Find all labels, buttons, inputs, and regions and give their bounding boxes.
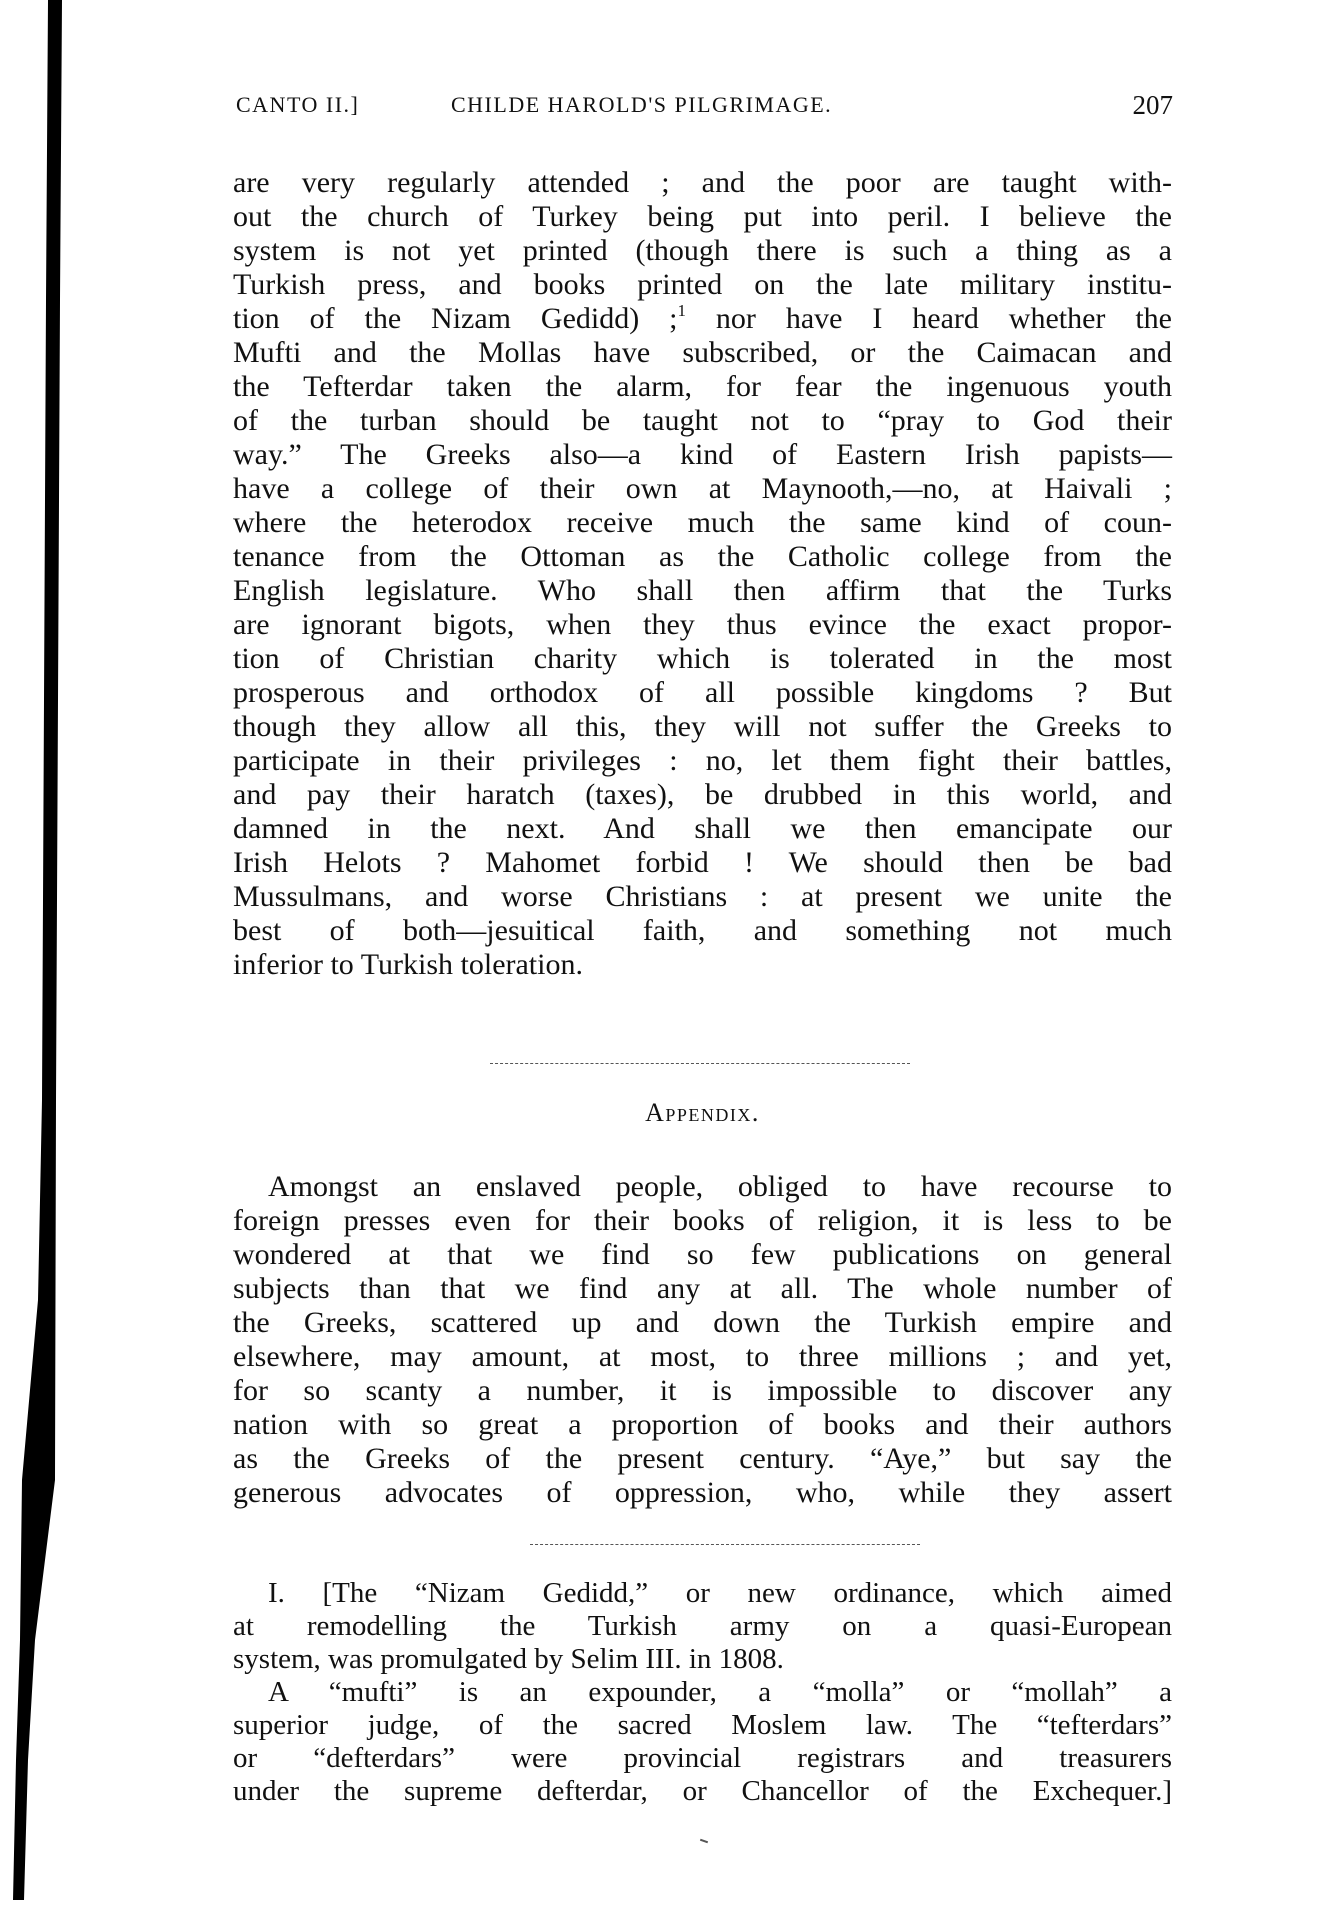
text-line: the Tefterdar taken the alarm, for fear …	[233, 370, 1172, 404]
text-line: Mufti and the Mollas have subscribed, or…	[233, 336, 1172, 370]
text-line: tion of Christian charity which is toler…	[233, 642, 1172, 676]
footnotes: I. [The “Nizam Gedidd,” or new ordinance…	[233, 1577, 1172, 1808]
text-fragment: tion of the Nizam Gedidd) ;	[233, 302, 678, 335]
text-line: tenance from the Ottoman as the Catholic…	[233, 540, 1172, 574]
text-line: the Greeks, scattered up and down the Tu…	[233, 1306, 1172, 1340]
page-binding-shadow	[0, 0, 80, 1917]
page-number: 207	[1133, 90, 1174, 121]
text-line: subjects than that we find any at all. T…	[233, 1272, 1172, 1306]
appendix-text: Amongst an enslaved people, obliged to h…	[233, 1170, 1172, 1510]
text-line: of the turban should be taught not to “p…	[233, 404, 1172, 438]
text-line: are ignorant bigots, when they thus evin…	[233, 608, 1172, 642]
appendix-heading: Appendix.	[233, 1098, 1172, 1128]
text-line: inferior to Turkish toleration.	[233, 948, 1172, 982]
text-line: nation with so great a proportion of boo…	[233, 1408, 1172, 1442]
footnote-line: I. [The “Nizam Gedidd,” or new ordinance…	[233, 1577, 1172, 1610]
text-line: are very regularly attended ; and the po…	[233, 166, 1172, 200]
text-line: elsewhere, may amount, at most, to three…	[233, 1340, 1172, 1374]
footnote-line: superior judge, of the sacred Moslem law…	[233, 1709, 1172, 1742]
text-line: though they allow all this, they will no…	[233, 710, 1172, 744]
text-line: best of both—jesuitical faith, and somet…	[233, 914, 1172, 948]
footnote-line: under the supreme defterdar, or Chancell…	[233, 1775, 1172, 1808]
text-line: where the heterodox receive much the sam…	[233, 506, 1172, 540]
footnote-line: A “mufti” is an expounder, a “molla” or …	[233, 1676, 1172, 1709]
text-line: system is not yet printed (though there …	[233, 234, 1172, 268]
book-title: CHILDE HAROLD'S PILGRIMAGE.	[451, 92, 832, 118]
text-line: participate in their privileges : no, le…	[233, 744, 1172, 778]
text-line: generous advocates of oppression, who, w…	[233, 1476, 1172, 1510]
text-line: Turkish press, and books printed on the …	[233, 268, 1172, 302]
canto-label: CANTO II.]	[236, 92, 359, 118]
text-line-with-footnote: tion of the Nizam Gedidd) ;1 nor have I …	[233, 302, 1172, 336]
text-line: and pay their haratch (taxes), be drubbe…	[233, 778, 1172, 812]
text-line: foreign presses even for their books of …	[233, 1204, 1172, 1238]
text-line: out the church of Turkey being put into …	[233, 200, 1172, 234]
text-line: have a college of their own at Maynooth,…	[233, 472, 1172, 506]
footnote-divider	[530, 1544, 920, 1545]
footnote-line: system, was promulgated by Selim III. in…	[233, 1643, 1172, 1676]
text-line: prosperous and orthodox of all possible …	[233, 676, 1172, 710]
section-divider	[490, 1063, 910, 1064]
text-line: Irish Helots ? Mahomet forbid ! We shoul…	[233, 846, 1172, 880]
body-text: are very regularly attended ; and the po…	[233, 166, 1172, 982]
text-line: wondered at that we find so few publicat…	[233, 1238, 1172, 1272]
footnote-line: at remodelling the Turkish army on a qua…	[233, 1610, 1172, 1643]
text-line: damned in the next. And shall we then em…	[233, 812, 1172, 846]
footnote-reference[interactable]: 1	[678, 301, 687, 320]
footnote-line: or “defterdars” were provincial registra…	[233, 1742, 1172, 1775]
text-fragment: nor have I heard whether the	[686, 302, 1172, 335]
text-line: Mussulmans, and worse Christians : at pr…	[233, 880, 1172, 914]
running-head: CANTO II.] CHILDE HAROLD'S PILGRIMAGE. 2…	[236, 92, 1173, 122]
text-line: Amongst an enslaved people, obliged to h…	[233, 1170, 1172, 1204]
printer-mark	[700, 1839, 708, 1844]
text-line: way.” The Greeks also—a kind of Eastern …	[233, 438, 1172, 472]
text-line: as the Greeks of the present century. “A…	[233, 1442, 1172, 1476]
text-line: English legislature. Who shall then affi…	[233, 574, 1172, 608]
text-line: for so scanty a number, it is impossible…	[233, 1374, 1172, 1408]
